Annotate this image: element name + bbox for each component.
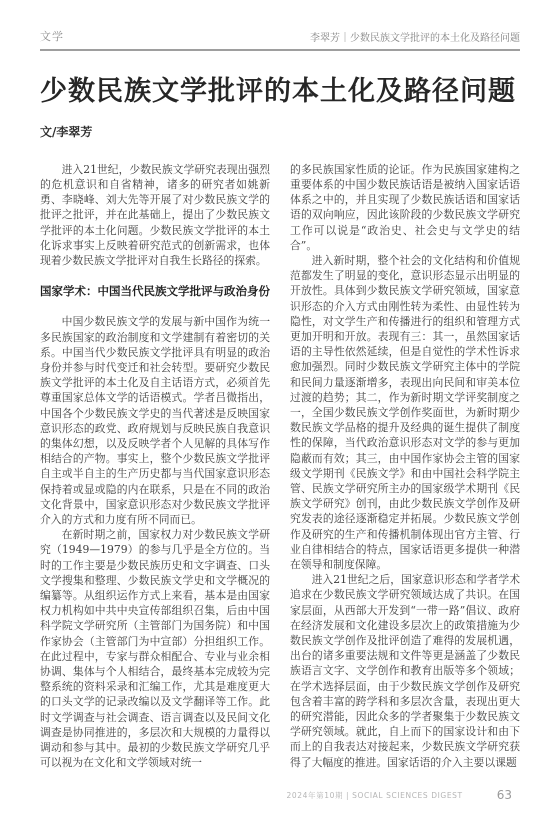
paragraph-continuation: 的多民族国家性质的论证。作为民族国家建构之重要体系的中国少数民族话语是被纳入国家… — [290, 162, 520, 253]
body-columns: 进入21世纪，少数民族文学研究表现出强烈的危机意识和自省精神，诸多的研究者如姚新… — [40, 162, 520, 771]
paragraph: 进入21世纪之后，国家意识形态和学者学术追求在少数民族文学研究领域达成了共识。在… — [290, 572, 520, 770]
running-header: 文学 李翠芳｜少数民族文学批评的本土化及路径问题 — [40, 0, 520, 44]
article-title: 少数民族文学批评的本土化及路径问题 — [40, 75, 520, 109]
paragraph: 中国少数民族文学的发展与新中国作为统一多民族国家的政治制度和文学建制有着密切的关… — [40, 314, 270, 527]
footer-journal-info: 2024年第10期 | SOCIAL SCIENCES DIGEST — [287, 790, 463, 801]
column-left: 进入21世纪，少数民族文学研究表现出强烈的危机意识和自省精神，诸多的研究者如姚新… — [40, 162, 270, 771]
section-heading: 国家学术：中国当代民族文学批评与政治身份 — [40, 284, 270, 299]
footer-page-number: 63 — [497, 788, 512, 802]
paragraph: 进入新时期，整个社会的文化结构和价值规范都发生了明显的变化，意识形态显示出明显的… — [290, 253, 520, 572]
article-byline: 文/李翠芳 — [40, 123, 520, 140]
paragraph-intro: 进入21世纪，少数民族文学研究表现出强烈的危机意识和自省精神，诸多的研究者如姚新… — [40, 162, 270, 268]
paragraph: 在新时期之前，国家权力对少数民族文学研究（1949—1979）的参与几乎是全方位… — [40, 527, 270, 770]
page-footer: 2024年第10期 | SOCIAL SCIENCES DIGEST 63 — [0, 788, 560, 802]
header-running-title: 李翠芳｜少数民族文学批评的本土化及路径问题 — [310, 29, 520, 44]
header-section-label: 文学 — [40, 28, 64, 44]
journal-page: 文学 李翠芳｜少数民族文学批评的本土化及路径问题 少数民族文学批评的本土化及路径… — [0, 0, 560, 820]
header-rule — [40, 49, 520, 51]
column-right: 的多民族国家性质的论证。作为民族国家建构之重要体系的中国少数民族话语是被纳入国家… — [290, 162, 520, 771]
